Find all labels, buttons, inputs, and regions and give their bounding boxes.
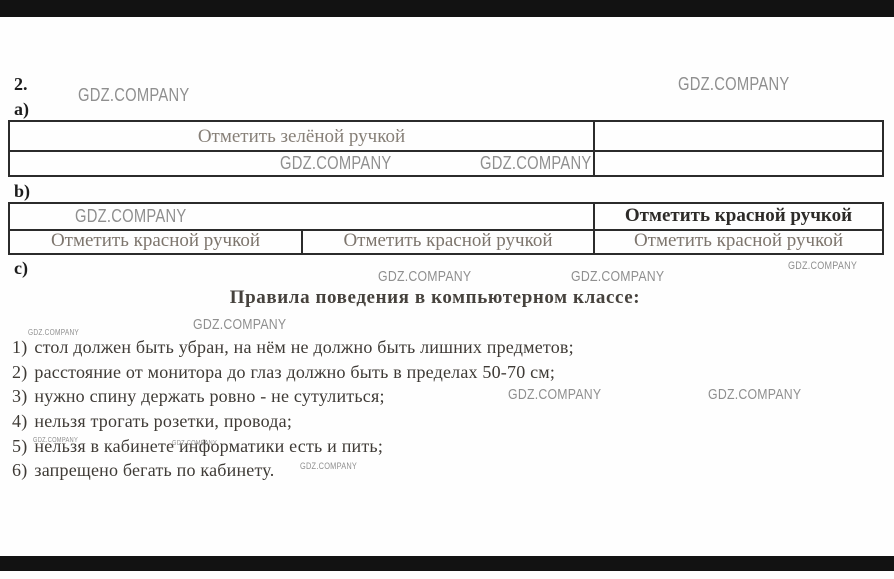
table-b-row2-cell3: Отметить красной ручкой [595,230,882,252]
gdz-watermark: GDZ.COMPANY [708,386,801,403]
gdz-watermark: GDZ.COMPANY [33,437,78,444]
rule-text: стол должен быть убран, на нём не должно… [34,337,573,357]
bottom-scan-bar [0,556,894,571]
label-a: a) [14,99,29,120]
gdz-watermark: GDZ.COMPANY [78,85,190,106]
rule-text: расстояние от монитора до глаз должно бы… [34,362,555,382]
gdz-watermark: GDZ.COMPANY [280,153,392,174]
table-b-row2-cell1: Отметить красной ручкой [10,230,301,252]
gdz-watermark: GDZ.COMPANY [378,268,471,285]
gdz-watermark: GDZ.COMPANY [678,74,790,95]
table-a: Отметить зелёной ручкой GDZ.COMPANY GDZ.… [8,120,884,177]
rule-item-1: 1)стол должен быть убран, на нём не долж… [12,337,574,358]
rule-number: 1) [12,337,27,358]
rule-number: 2) [12,362,27,383]
rule-text: запрещено бегать по кабинету. [34,460,274,480]
rule-text: нельзя трогать розетки, провода; [34,411,292,431]
rule-number: 5) [12,436,27,457]
label-c: c) [14,258,28,279]
rule-item-2: 2)расстояние от монитора до глаз должно … [12,362,555,383]
rule-item-3: 3)нужно спину держать ровно - не сутулит… [12,386,385,407]
gdz-watermark: GDZ.COMPANY [788,260,857,272]
table-a-row-divider [10,150,882,152]
table-b: GDZ.COMPANY Отметить красной ручкой Отме… [8,202,884,255]
gdz-watermark: GDZ.COMPANY [508,386,601,403]
top-scan-bar [0,0,894,17]
table-b-row1-right-cell: Отметить красной ручкой [595,205,882,227]
gdz-watermark: GDZ.COMPANY [300,461,357,471]
section-number: 2. [14,74,28,95]
rules-title: Правила поведения в компьютерном классе: [200,287,670,309]
table-a-row1-left-cell: Отметить зелёной ручкой [10,126,593,148]
rule-number: 4) [12,411,27,432]
gdz-watermark: GDZ.COMPANY [480,153,592,174]
table-b-row2-cell2: Отметить красной ручкой [303,230,593,252]
gdz-watermark: GDZ.COMPANY [193,316,286,333]
gdz-watermark: GDZ.COMPANY [75,206,187,227]
gdz-watermark: GDZ.COMPANY [28,328,79,337]
rule-number: 6) [12,460,27,481]
rule-number: 3) [12,386,27,407]
scanned-answer-page: 2. GDZ.COMPANY GDZ.COMPANY a) Отметить з… [0,0,894,579]
label-b: b) [14,181,30,202]
gdz-watermark: GDZ.COMPANY [571,268,664,285]
rule-text: нужно спину держать ровно - не сутулитьс… [34,386,384,406]
gdz-watermark: GDZ.COMPANY [172,440,217,447]
rule-item-6: 6)запрещено бегать по кабинету. [12,460,274,481]
